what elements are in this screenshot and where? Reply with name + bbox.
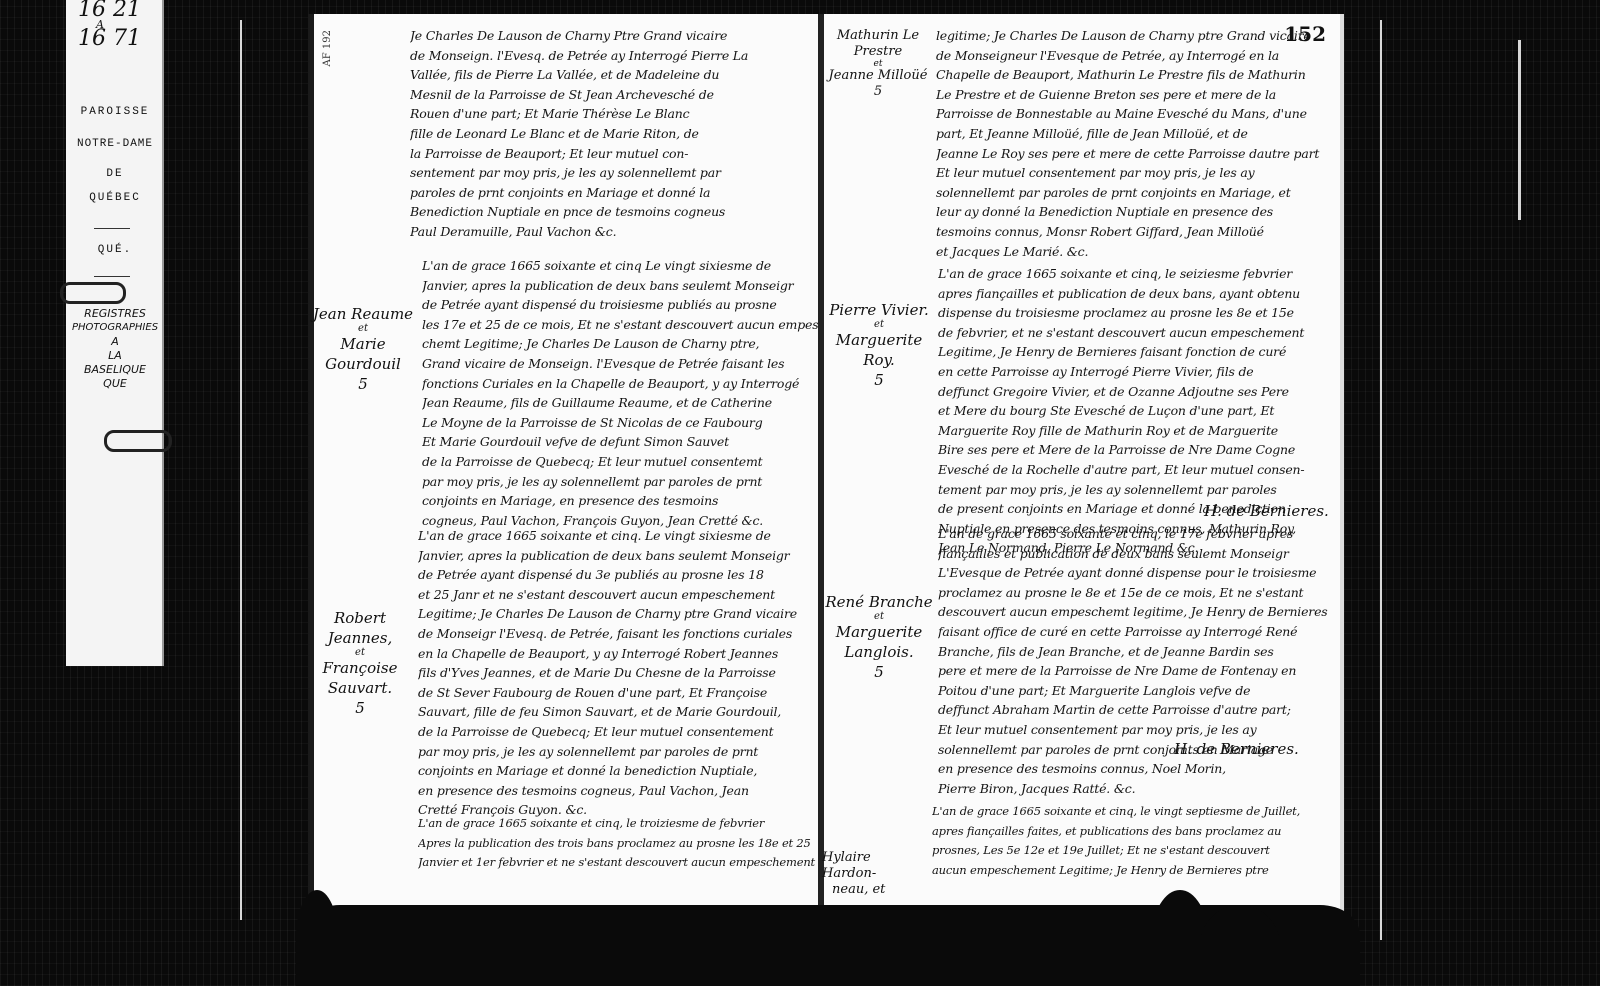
entry-text: legitime; Je Charles De Lauson de Charny… (936, 26, 1332, 261)
register-entry: René Branche et Marguerite Langlois. 5 L… (824, 524, 1340, 764)
register-page-right: 152 Mathurin Le Prestre et Jeanne Milloü… (824, 14, 1344, 949)
entry-margin-names: Jean Reaume et Marie Gourdouil 5 (308, 304, 418, 394)
register-entry: Pierre Vivier. et Marguerite Roy. 5 L'an… (824, 258, 1340, 523)
note-line-5: BASELIQUE (66, 362, 164, 377)
stamp-de: DE (66, 168, 164, 180)
priest-signature: H. de Bernieres. (1174, 740, 1299, 758)
entry-margin-names: Mathurin Le Prestre et Jeanne Milloüé 5 (824, 28, 932, 100)
entry-text: L'an de grace 1665 soixante et cinq. Le … (418, 526, 818, 820)
year-to: 16 71 (78, 29, 141, 49)
register-entry: L'an de grace 1665 soixante et cinq, le … (314, 804, 818, 894)
binding-edge-streak (1518, 40, 1521, 220)
catalog-label-strip: 16 21 A 16 71 PAROISSE NOTRE-DAME DE QUÉ… (66, 0, 164, 666)
entry-margin-names: René Branche et Marguerite Langlois. 5 (824, 592, 934, 682)
entry-margin-names: Hylaire Hardon- neau, et (822, 850, 922, 898)
divider-mark (94, 228, 130, 229)
entry-margin-names: Pierre Vivier. et Marguerite Roy. 5 (824, 300, 934, 390)
register-page-left: AF 192 Je Charles De Lauson de Charny Pt… (308, 14, 818, 949)
date-range: 16 21 A 16 71 (78, 0, 141, 49)
stamp-parish: PAROISSE (66, 106, 164, 118)
binding-edge-streak (240, 20, 242, 920)
entry-text: Je Charles De Lauson de Charny Ptre Gran… (410, 26, 820, 242)
note-line-3: A (66, 334, 164, 349)
entry-text: L'an de grace 1665 soixante et cinq Le v… (422, 256, 818, 530)
thumb-shadow (1200, 905, 1280, 986)
register-entry: Je Charles De Lauson de Charny Ptre Gran… (314, 14, 818, 224)
register-entry: Jean Reaume et Marie Gourdouil 5 L'an de… (314, 242, 818, 502)
divider-mark (94, 276, 130, 277)
note-line-6: QUE (66, 376, 164, 391)
stamp-church: NOTRE-DAME (66, 138, 164, 150)
binding-edge-streak (1380, 20, 1382, 940)
stamp-province: QUÉ. (66, 244, 164, 256)
entry-text: L'an de grace 1665 soixante et cinq, le … (932, 802, 1336, 880)
stamp-city: QUÉBEC (66, 192, 164, 204)
priest-signature: H. de Bernieres. (1204, 502, 1329, 520)
entry-text: L'an de grace 1665 soixante et cinq, le … (418, 814, 818, 873)
paper-clip-icon (60, 282, 126, 304)
note-line-4: LA (66, 348, 164, 363)
note-line-1: REGISTRES (66, 306, 164, 321)
register-entry: Mathurin Le Prestre et Jeanne Milloüé 5 … (824, 14, 1340, 254)
note-line-2: PHOTOGRAPHIES (66, 320, 164, 335)
entry-margin-names: Robert Jeannes, et Françoise Sauvart. 5 (308, 608, 412, 718)
register-entry: Hylaire Hardon- neau, et L'an de grace 1… (824, 792, 1340, 892)
register-entry: Robert Jeannes, et Françoise Sauvart. 5 … (314, 508, 818, 798)
paper-clip-icon (104, 430, 172, 452)
year-from: 16 21 (78, 0, 141, 20)
thumb-shadow (296, 890, 338, 986)
